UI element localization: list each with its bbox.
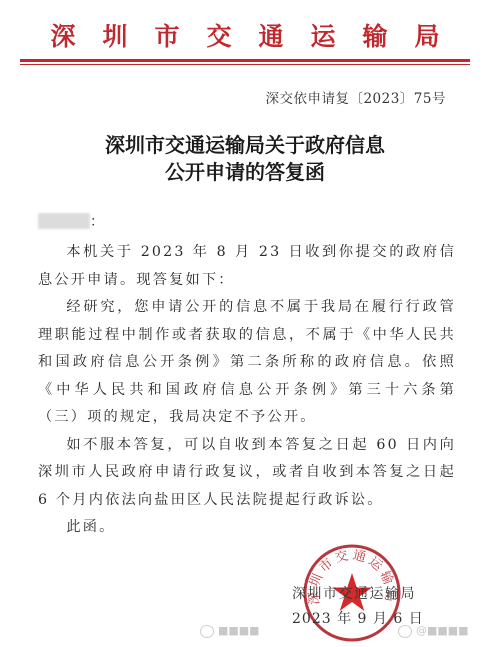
watermark-left-text: ■■■■ xyxy=(218,624,260,637)
signature-organization: 深圳市交通运输局 xyxy=(292,583,416,603)
paragraph-receipt: 本机关于 2023 年 8 月 23 日收到你提交的政府信息公开申请。现答复如下… xyxy=(38,239,456,294)
weibo-icon xyxy=(200,625,214,638)
watermark-left: ■■■■ xyxy=(200,624,260,638)
letterhead-rule-thin xyxy=(20,64,470,65)
letterhead-title: 深圳市交通运输局 xyxy=(0,22,490,52)
weibo-icon xyxy=(398,625,412,638)
letterhead: 深圳市交通运输局 xyxy=(0,22,490,52)
document-number: 深交依申请复〔2023〕75号 xyxy=(265,87,446,107)
document-title-line-1: 深圳市交通运输局关于政府信息 xyxy=(0,132,490,159)
letterhead-rule-thick xyxy=(20,59,470,62)
redacted-recipient-name xyxy=(38,213,90,229)
document-title-line-2: 公开申请的答复函 xyxy=(0,159,490,186)
paragraph-closing: 此函。 xyxy=(38,514,456,542)
watermark-right-text: @■■■■ xyxy=(416,624,469,637)
watermark-right: @■■■■ xyxy=(398,624,469,638)
paragraph-appeal: 如不服本答复，可以自收到本答复之日起 60 日内向深圳市人民政府申请行政复议，或… xyxy=(38,432,456,515)
document-body: 本机关于 2023 年 8 月 23 日收到你提交的政府信息公开申请。现答复如下… xyxy=(38,239,456,542)
document-title: 深圳市交通运输局关于政府信息 公开申请的答复函 xyxy=(0,132,490,186)
paragraph-decision: 经研究，您申请公开的信息不属于我局在履行行政管理职能过程中制作或者获取的信息，不… xyxy=(38,294,456,432)
salutation-colon: ： xyxy=(90,211,104,231)
salutation: ： xyxy=(38,211,104,231)
